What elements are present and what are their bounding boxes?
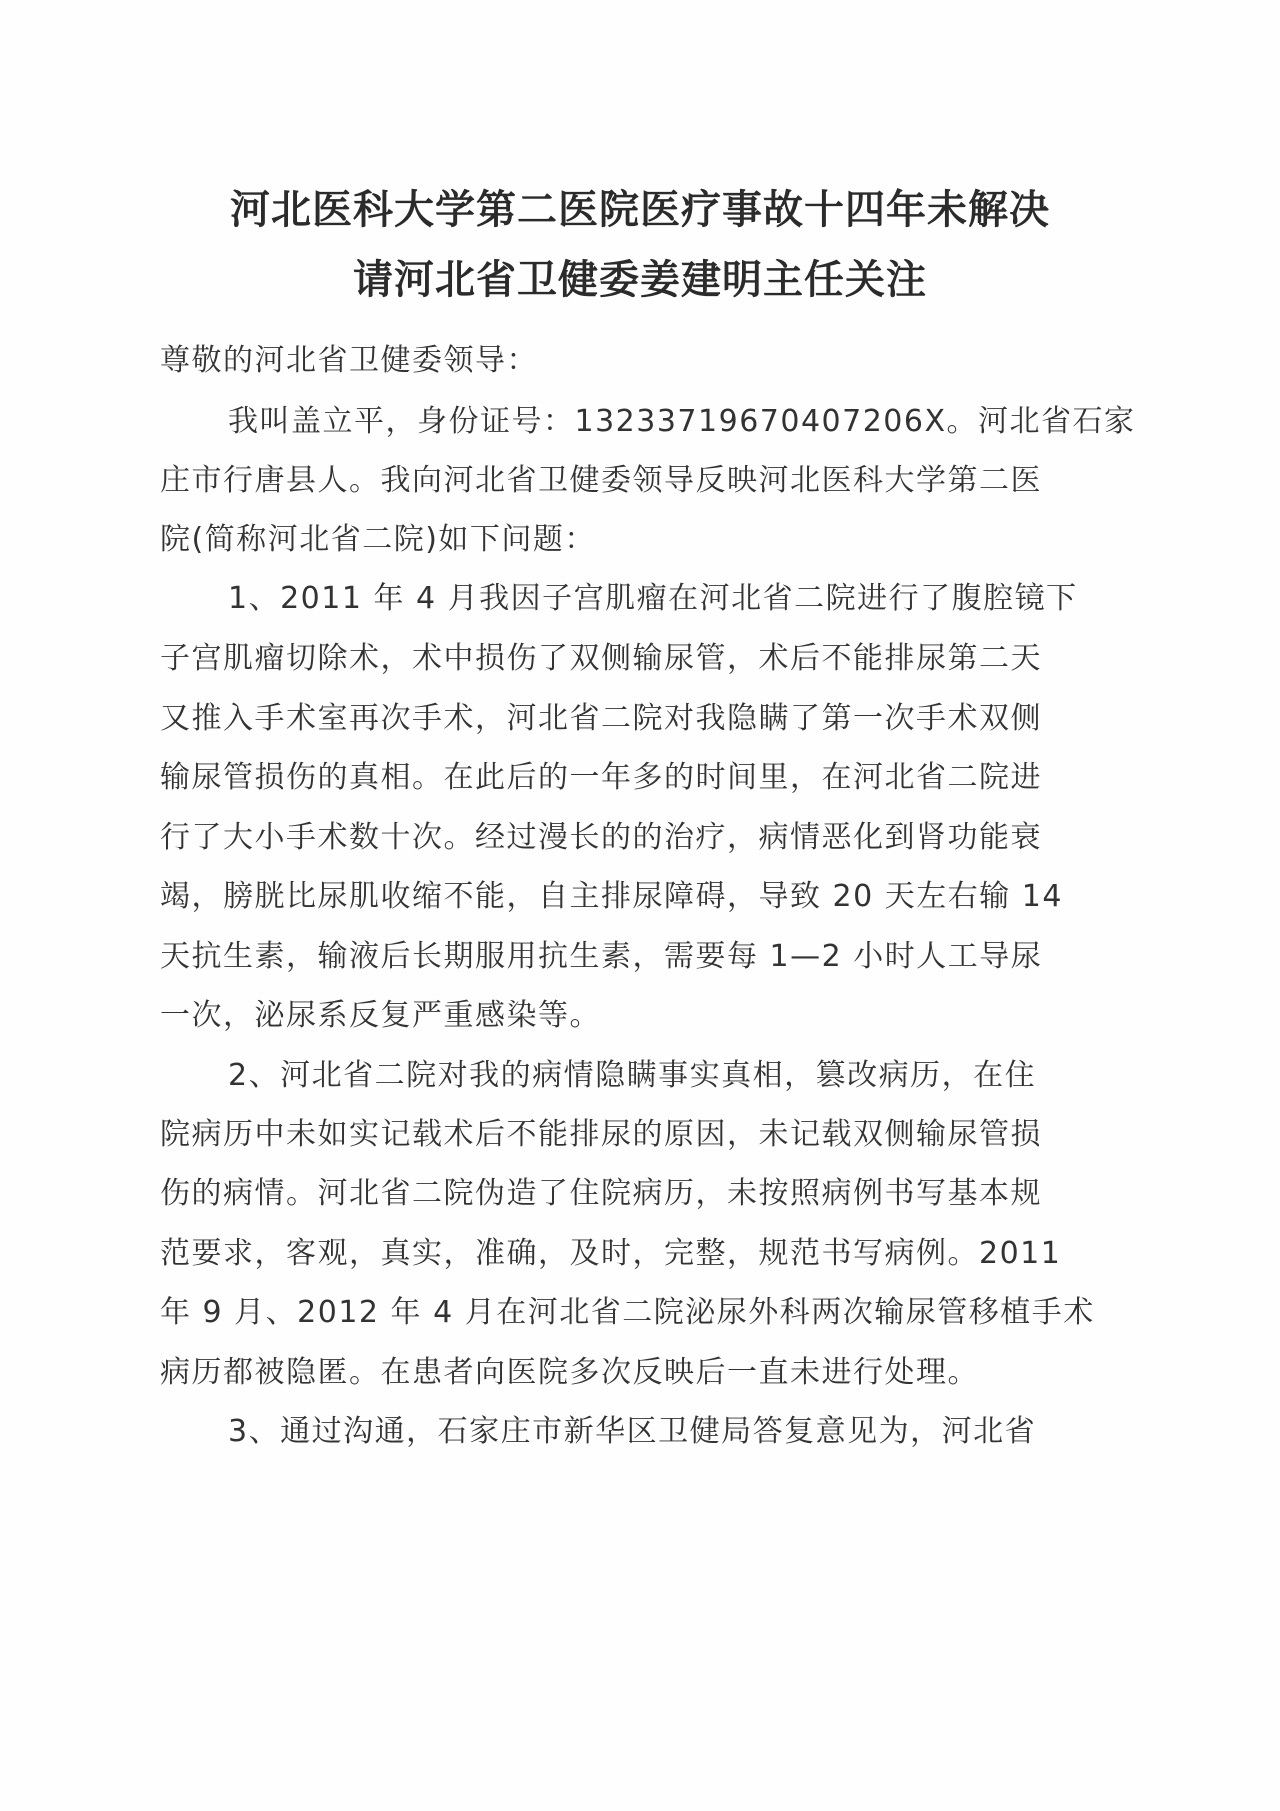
- paragraph-line: 范要求，客观，真实，准确，及时，完整，规范书写病例。2011: [160, 1228, 1061, 1272]
- paragraph-line: 3、通过沟通，石家庄市新华区卫健局答复意见为，河北省: [228, 1406, 1036, 1450]
- paragraph-line: 又推入手术室再次手术，河北省二院对我隐瞒了第一次手术双侧: [160, 693, 1042, 737]
- paragraph-line: 竭，膀胱比尿肌收缩不能，自主排尿障碍，导致 20 天左右输 14: [160, 871, 1063, 915]
- paragraph-line: 我叫盖立平，身份证号：13233719670407206X。河北省石家: [228, 396, 1136, 440]
- document-page: 河北医科大学第二医院医疗事故十四年未解决 请河北省卫健委姜建明主任关注 尊敬的河…: [0, 0, 1280, 1811]
- paragraph-line: 子宫肌瘤切除术，术中损伤了双侧输尿管，术后不能排尿第二天: [160, 633, 1042, 677]
- paragraph-line: 2、河北省二院对我的病情隐瞒事实真相，篡改病历，在住: [228, 1050, 1036, 1094]
- paragraph-line: 行了大小手术数十次。经过漫长的的治疗，病情恶化到肾功能衰: [160, 812, 1042, 856]
- paragraph-line: 病历都被隐匿。在患者向医院多次反映后一直未进行处理。: [160, 1347, 979, 1391]
- paragraph-line: 1、2011 年 4 月我因子宫肌瘤在河北省二院进行了腹腔镜下: [228, 573, 1078, 617]
- paragraph-line: 院(简称河北省二院)如下问题：: [160, 514, 596, 558]
- document-title-line-2: 请河北省卫健委姜建明主任关注: [0, 248, 1280, 305]
- paragraph-line: 输尿管损伤的真相。在此后的一年多的时间里，在河北省二院进: [160, 752, 1042, 796]
- paragraph-line: 伤的病情。河北省二院伪造了住院病历，未按照病例书写基本规: [160, 1168, 1042, 1212]
- salutation: 尊敬的河北省卫健委领导：: [160, 335, 538, 379]
- paragraph-line: 一次，泌尿系反复严重感染等。: [160, 990, 601, 1034]
- paragraph-line: 庄市行唐县人。我向河北省卫健委领导反映河北医科大学第二医: [160, 455, 1042, 499]
- paragraph-line: 院病历中未如实记载术后不能排尿的原因，未记载双侧输尿管损: [160, 1109, 1042, 1153]
- paragraph-line: 年 9 月、2012 年 4 月在河北省二院泌尿外科两次输尿管移植手术: [160, 1287, 1095, 1331]
- document-title-line-1: 河北医科大学第二医院医疗事故十四年未解决: [0, 178, 1280, 235]
- paragraph-line: 天抗生素，输液后长期服用抗生素，需要每 1—2 小时人工导尿: [160, 931, 1042, 975]
